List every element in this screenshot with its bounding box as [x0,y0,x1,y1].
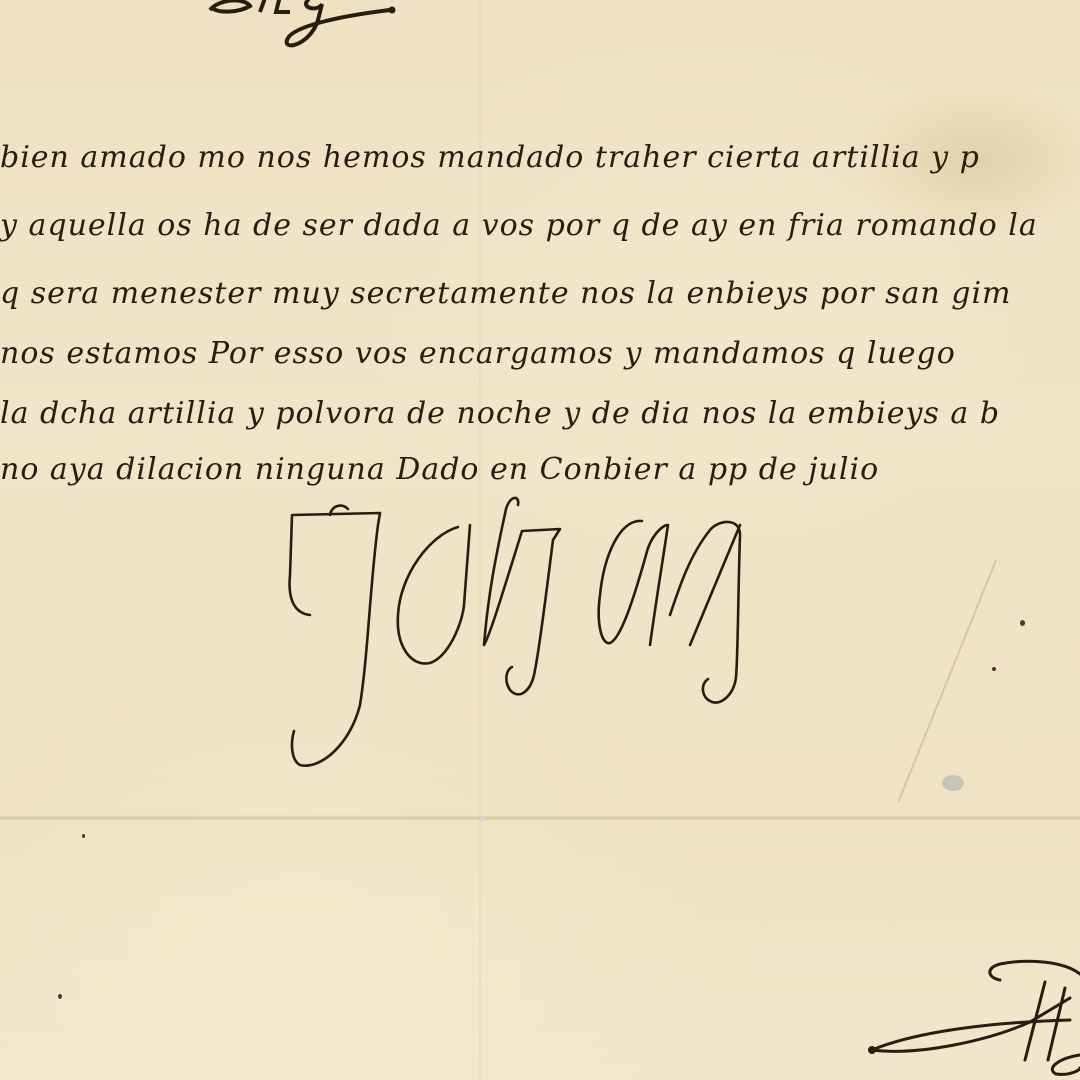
signature-strokes [270,495,810,780]
ink-speck [58,994,62,999]
stain-spot [942,775,964,791]
body-line-1: bien amado mo nos hemos mandado traher c… [0,140,980,175]
body-line-3: q sera menester muy secretamente nos la … [0,276,1012,311]
pin-hole [480,817,485,822]
ink-speck [1020,620,1025,626]
header-flourish [200,0,420,60]
horizontal-fold-line [0,815,1080,821]
ink-speck [82,834,85,838]
ink-speck [992,667,996,671]
body-line-6: no aya dilacion ninguna Dado en Conbier … [0,452,879,487]
body-line-5: la dcha artillia y polvora de noche y de… [0,396,1000,431]
monogram-flourish [860,950,1080,1080]
body-line-2: y aquella os ha de ser dada a vos por q … [0,208,1038,243]
body-line-4: nos estamos Por esso vos encargamos y ma… [0,336,956,371]
